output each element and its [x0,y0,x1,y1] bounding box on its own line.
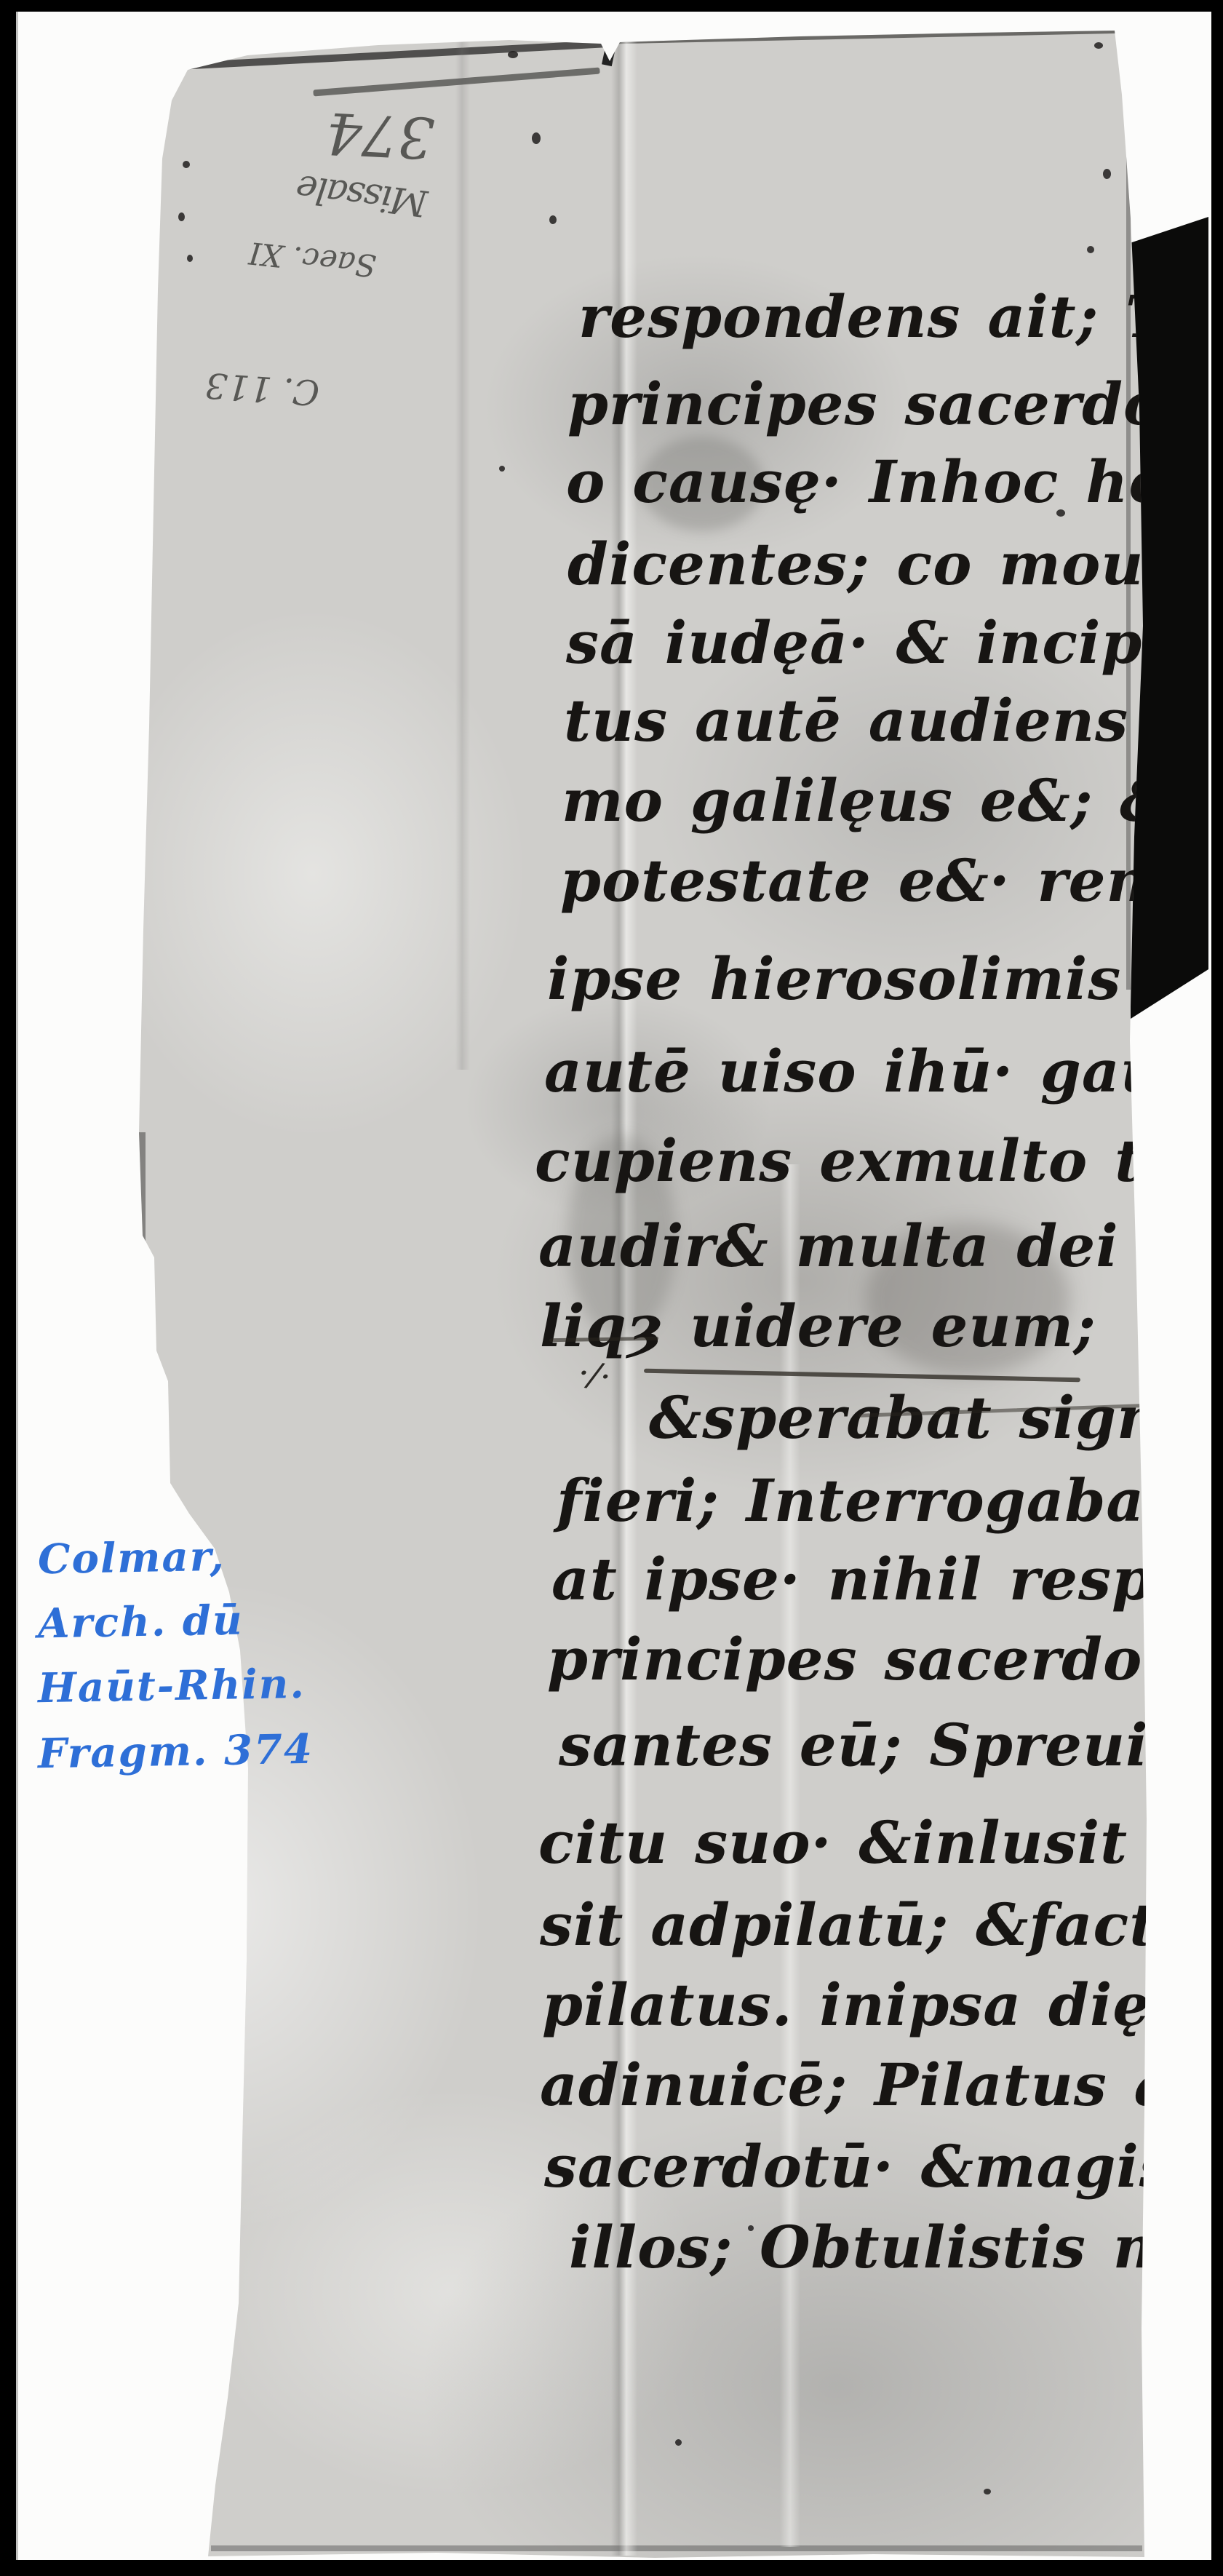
manuscript-photograph: { "photo": { "frame_color": "#000000", "… [0,0,1223,2576]
manuscript-line: o causę· Inhoc hom [566,453,1223,511]
manuscript-line: principes sacerdot [567,375,1190,433]
wormhole-spot [984,2489,991,2494]
manuscript-line: &sperabat sign [649,1388,1160,1447]
wormhole-spot [499,466,505,472]
pencil-number: 374 [324,99,436,170]
vertical-crease [455,36,470,1070]
manuscript-line: at ipse· nihil respon [551,1550,1223,1608]
wormhole-spot [1103,169,1111,179]
manuscript-line: adinuicē; Pilatus au [540,2056,1216,2114]
pencil-date: Saec. XI [247,235,378,284]
manuscript-line: principes sacerdotū [547,1630,1214,1688]
manuscript-line: illos; Obtulistis mih [569,2218,1223,2276]
manuscript-line: tus autē audiens g [564,691,1197,750]
pencil-shelfmark: C. 113 [204,365,321,413]
blue-note-line: Fragm. 374 [37,1725,314,1778]
manuscript-line: potestate e&· rem [560,851,1168,910]
bottom-edge-shading [211,2545,1142,2551]
insertion-mark: ·/· [575,1353,614,1397]
blue-note-line: Haūt-Rhin. [37,1660,306,1712]
manuscript-line: pilatus. inipsa dię-; [542,1976,1198,2034]
wormhole-spot [1094,42,1103,49]
pencil-title: Missale [295,167,430,224]
underline-mark [644,1369,1080,1383]
wormhole-spot [178,212,185,221]
manuscript-line: autē uiso ihū· gau [544,1042,1163,1100]
manuscript-line: liqȝ uidere eum; [540,1297,1096,1355]
manuscript-line: citu suo· &inlusit in [538,1813,1220,1872]
manuscript-line: cupiens exmulto te [535,1132,1180,1190]
manuscript-line: dicentes; co mouit [567,535,1195,593]
manuscript-line: sit adpilatū; &facti [540,1896,1180,1954]
manuscript-line: respondens ait; Tu [578,287,1207,346]
wormhole-spot [183,161,190,168]
wormhole-spot [549,215,557,224]
wormhole-spot [675,2439,682,2446]
blue-note-line: Colmar, [37,1533,226,1583]
wormhole-spot [508,51,518,58]
manuscript-line: santes eū; Spreuit au [559,1716,1223,1774]
manuscript-line: sacerdotū· &magist [544,2137,1200,2195]
manuscript-line: audir& multa dei [538,1217,1119,1275]
manuscript-line: fieri; Interrogabat a [557,1471,1223,1530]
manuscript-line: sā iudęā· & incipie [566,613,1203,672]
manuscript-line: mo galilęus e&; & [562,771,1174,830]
wormhole-spot [187,255,193,262]
wormhole-spot [532,132,541,144]
wormhole-spot [1087,246,1094,253]
blue-note-line: Arch. dū [37,1597,244,1648]
manuscript-line: ipse hierosolimis e [547,950,1186,1008]
